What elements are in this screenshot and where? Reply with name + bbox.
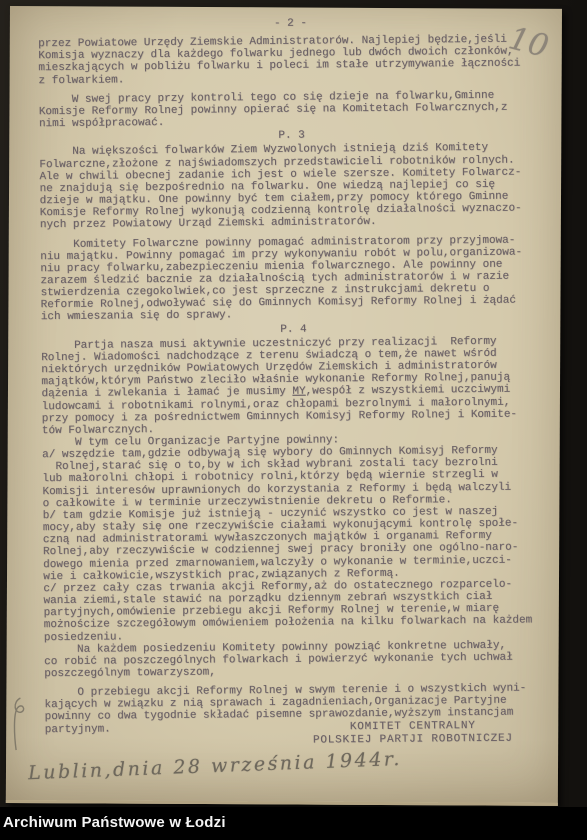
typed-text: - 2 - przez Powiatowe Urzędy Ziemskie Ad… xyxy=(38,15,550,751)
list-item-c: c/ przez cały czas trwania akcji Reformy… xyxy=(43,578,549,644)
list-item-a: a/ wszędzie tam,gdzie odbywają się wybor… xyxy=(42,444,548,510)
paragraph-resolution: Na każdem posiedzeniu Komitety powinny p… xyxy=(44,639,549,680)
page-number: - 2 - xyxy=(38,15,543,32)
pencil-mark xyxy=(8,694,30,754)
underlined-word: MY xyxy=(292,386,305,398)
document-page: - 2 - przez Powiatowe Urzędy Ziemskie Ad… xyxy=(6,6,562,806)
signature-party: POLSKIEJ PARTJI ROBOTNICZEJ xyxy=(297,733,529,749)
paragraph-2: W swej pracy przy kontroli tego co się d… xyxy=(39,89,544,130)
paragraph-4: Komitety Folwarczne powinny pomagać admi… xyxy=(40,234,546,324)
signature-block: KOMITET CENTRALNY POLSKIEJ PARTJI ROBOTN… xyxy=(297,719,529,748)
archive-watermark-text: Archiwum Państwowe w Łodzi xyxy=(0,807,587,831)
list-item-b: b/ tam gdzie Komisje już istnieją - uczy… xyxy=(43,505,549,583)
archive-watermark-bar: Archiwum Państwowe w Łodzi xyxy=(0,807,587,840)
paragraph-5: Partja nasza musi aktywnie uczestniczyć … xyxy=(41,335,547,449)
paragraph-3: Na większości folwarków Ziem Wyzwolonych… xyxy=(39,142,545,232)
handwritten-date: Lublin,dnia 28 września 1944r. xyxy=(28,748,403,784)
line-text: ,wespół z wszystkiemi uczciwymi xyxy=(305,384,510,398)
paragraph-1: przez Powiatowe Urzędy Ziemskie Administ… xyxy=(38,33,543,86)
